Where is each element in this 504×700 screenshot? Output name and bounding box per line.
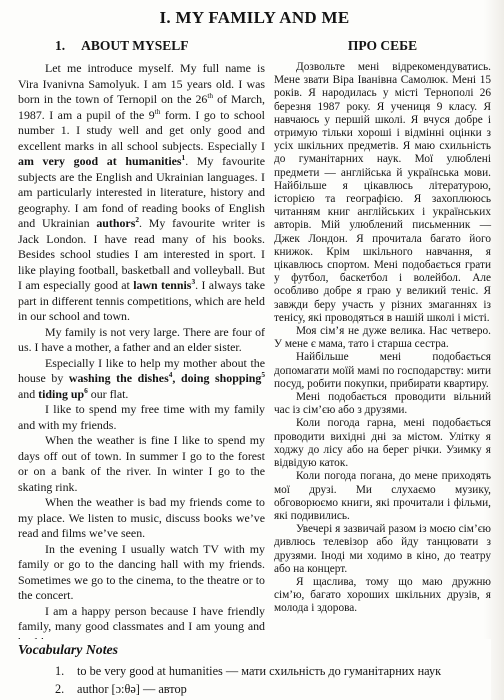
vocab-item-number: 1. — [55, 662, 77, 680]
vocab-item-text: to be very good at humanities — мати схи… — [77, 662, 441, 680]
vocabulary-heading: Vocabulary Notes — [18, 642, 491, 658]
text-run: Я щаслива, тому що маю дружню сім’ю, баг… — [274, 576, 491, 614]
english-text-body: Let me introduce myself. My full name is… — [18, 61, 265, 650]
vocabulary-notes-section: Vocabulary Notes 1.to be very good at hu… — [18, 639, 491, 700]
text-run: Коли погода погана, до мене приходять мо… — [274, 470, 491, 522]
text-run: washing the dishes — [69, 371, 169, 385]
footnote-superscript: 5 — [261, 370, 265, 379]
english-column: 1. ABOUT MYSELF Let me introduce myself.… — [18, 38, 265, 650]
text-run: Мені подобається проводити вільний час і… — [274, 391, 491, 416]
paragraph: I like to spend my free time with my fam… — [18, 402, 265, 433]
paragraph: Коли погода гарна, мені подобається пров… — [274, 417, 491, 470]
paragraph: Especially I like to help my mother abou… — [18, 356, 265, 403]
text-run: and — [18, 387, 38, 401]
text-run: When the weather is bad my friends come … — [18, 495, 265, 540]
section-heading-english-label: ABOUT MYSELF — [81, 38, 188, 54]
vocab-item: 2.author [ɔ:θə] — автор — [18, 680, 491, 698]
paragraph: Коли погода погана, до мене приходять мо… — [274, 470, 491, 523]
paragraph: Найбільше мені подобається допомагати мо… — [274, 351, 491, 391]
vocab-item-number: 2. — [55, 680, 77, 698]
text-run: doing shopping — [181, 371, 261, 385]
paragraph: Я щаслива, тому що маю дружню сім’ю, баг… — [274, 576, 491, 616]
paragraph: Мені подобається проводити вільний час і… — [274, 391, 491, 417]
paragraph: When the weather is fine I like to spend… — [18, 433, 265, 495]
text-run: am very good at humanities — [18, 154, 182, 168]
text-run: our flat. — [88, 387, 129, 401]
paragraph: Дозвольте мені відрекомендуватись. Мене … — [274, 61, 491, 325]
vocab-item: 1.to be very good at humanities — мати с… — [18, 662, 491, 680]
paragraph: Let me introduce myself. My full name is… — [18, 61, 265, 325]
section-number: 1. — [55, 38, 65, 54]
text-run: tiding up — [38, 387, 84, 401]
paragraph: Увечері я зазвичай разом із моєю сім’єю … — [274, 523, 491, 576]
text-run: Дозвольте мені відрекомендуватись. Мене … — [274, 61, 491, 324]
section-heading-ukrainian: ПРО СЕБЕ — [274, 38, 491, 54]
text-run: In the evening I usually watch TV with m… — [18, 542, 265, 603]
paragraph: When the weather is bad my friends come … — [18, 495, 265, 542]
text-run: Моя сім’я не дуже велика. Нас четверо. У… — [274, 325, 491, 350]
ukrainian-column: ПРО СЕБЕ Дозвольте мені відрекомендувати… — [274, 38, 491, 616]
page-title: I. MY FAMILY AND ME — [18, 8, 491, 28]
paragraph: In the evening I usually watch TV with m… — [18, 542, 265, 604]
ukrainian-text-body: Дозвольте мені відрекомендуватись. Мене … — [274, 61, 491, 616]
text-run: lawn tennis — [133, 278, 191, 292]
book-page: I. MY FAMILY AND ME 1. ABOUT MYSELF Let … — [0, 0, 504, 700]
two-column-layout: 1. ABOUT MYSELF Let me introduce myself.… — [18, 38, 491, 650]
text-run: , — [172, 371, 181, 385]
section-heading-english: 1. ABOUT MYSELF — [18, 38, 265, 54]
text-run: authors — [96, 216, 135, 230]
text-run: When the weather is fine I like to spend… — [18, 433, 265, 494]
text-run: Увечері я зазвичай разом із моєю сім’єю … — [274, 523, 491, 575]
paragraph: My family is not very large. There are f… — [18, 325, 265, 356]
paragraph: Моя сім’я не дуже велика. Нас четверо. У… — [274, 325, 491, 351]
text-run: Найбільше мені подобається допомагати мо… — [274, 351, 491, 389]
text-run: I like to spend my free time with my fam… — [18, 402, 265, 432]
text-run: Коли погода гарна, мені подобається пров… — [274, 417, 491, 469]
vocab-item-text: author [ɔ:θə] — автор — [77, 680, 187, 698]
vocabulary-list: 1.to be very good at humanities — мати с… — [18, 662, 491, 698]
text-run: My family is not very large. There are f… — [18, 325, 265, 355]
